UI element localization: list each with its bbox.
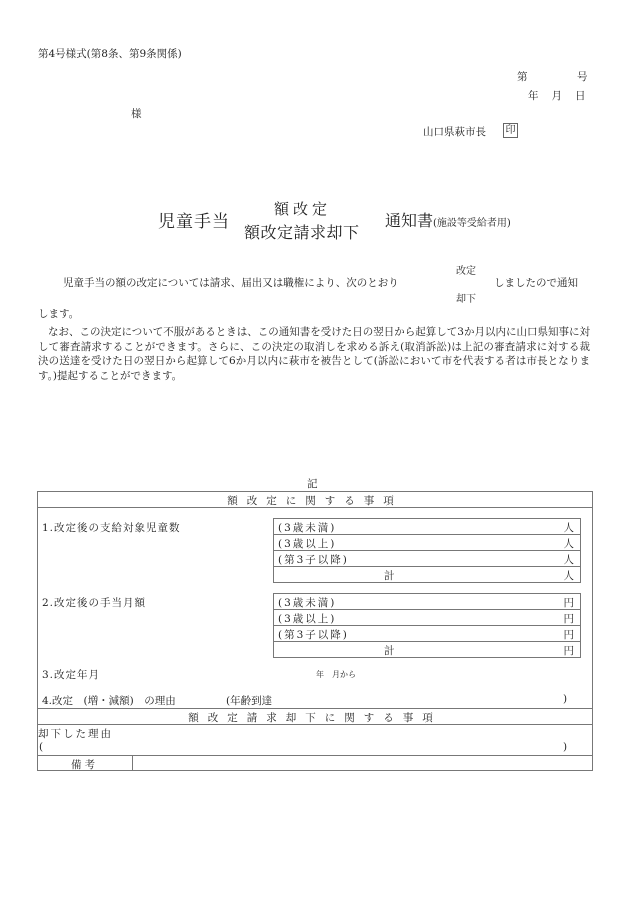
title-option-amount-revision: 額改定 (274, 198, 331, 219)
children-count-row: (3歳以上) 人 (274, 535, 580, 551)
paragraph-1-option-revise: 改定 (456, 262, 476, 277)
allowance-row: (第3子以降) 円 (274, 626, 580, 642)
monthly-allowance-table: (3歳未満) 円 (3歳以上) 円 (第3子以降) 円 計 円 (273, 593, 581, 658)
category-label: (3歳未満) (278, 595, 336, 610)
paragraph-1-option-reject: 却下 (456, 290, 476, 305)
divider (37, 507, 593, 508)
total-label: 計 (384, 568, 397, 583)
unit-label: 円 (564, 611, 575, 626)
paragraph-2-appeal-notice: なお、この決定について不服があるときは、この通知書を受けた日の翌日から起算して3… (38, 325, 590, 383)
reject-reason-label: 却下した理由 (38, 726, 113, 741)
unit-label: 人 (564, 520, 575, 535)
title-notice: 通知書(施設等受給者用) (385, 208, 511, 231)
date-year-label: 年 (528, 88, 539, 103)
unit-label: 人 (564, 536, 575, 551)
paragraph-1-tail: しましたので通知 (494, 275, 578, 290)
section-amount-revision-title: 額改定に関する事項 (38, 493, 592, 508)
children-count-table: (3歳未満) 人 (3歳以上) 人 (第3子以降) 人 計 人 (273, 518, 581, 583)
issue-number-suffix: 号 (577, 69, 588, 84)
category-label: (3歳未満) (278, 520, 336, 535)
unit-label: 円 (564, 643, 575, 658)
allowance-row: (3歳以上) 円 (274, 610, 580, 626)
allowance-row: (3歳未満) 円 (274, 594, 580, 610)
section-rejection-title: 額改定請求却下に関する事項 (38, 710, 592, 725)
item3-label: 3.改定年月 (42, 667, 100, 682)
allowance-total-row: 計 円 (274, 642, 580, 658)
category-label: (第3子以降) (278, 627, 349, 642)
date-month-label: 月 (552, 88, 563, 103)
issuer-name: 山口県萩市長 (423, 124, 486, 139)
seal-icon: 印 (503, 123, 518, 138)
title-prefix: 児童手当 (158, 207, 230, 232)
form-number: 第4号様式(第8条、第9条関係) (38, 46, 182, 61)
unit-label: 人 (564, 552, 575, 567)
divider (37, 755, 593, 756)
reject-reason-open: ( (39, 741, 43, 753)
total-label: 計 (384, 643, 397, 658)
category-label: (3歳以上) (278, 611, 336, 626)
title-subtitle: (施設等受給者用) (433, 218, 511, 229)
item4-label: 4.改定 (増・減額) の理由 (42, 693, 176, 708)
children-count-total-row: 計 人 (274, 567, 580, 583)
addressee-honorific: 様 (131, 106, 142, 121)
unit-label: 円 (564, 627, 575, 642)
issue-number-prefix: 第 (517, 69, 528, 84)
date-day-label: 日 (575, 88, 586, 103)
unit-label: 人 (564, 568, 575, 583)
item2-label: 2.改定後の手当月額 (42, 595, 146, 610)
record-heading: 記 (307, 476, 318, 491)
paragraph-1-end: します。 (38, 306, 79, 321)
title-option-request-rejection: 額改定請求却下 (244, 220, 360, 243)
revision-date-value: 年 月から (316, 669, 356, 680)
revision-reason-close: ) (563, 693, 567, 705)
revision-reason-open: (年齢到達 (226, 693, 272, 708)
title-notice-text: 通知書 (385, 211, 433, 230)
item1-label: 1.改定後の支給対象児童数 (42, 520, 181, 535)
category-label: (3歳以上) (278, 536, 336, 551)
paragraph-1-main: 児童手当の額の改定については請求、届出又は職権により、次のとおり (63, 275, 399, 290)
children-count-row: (3歳未満) 人 (274, 519, 580, 535)
reject-reason-close: ) (563, 741, 567, 753)
category-label: (第3子以降) (278, 552, 349, 567)
divider (132, 755, 133, 771)
unit-label: 円 (564, 595, 575, 610)
divider (37, 708, 593, 709)
remarks-label: 備考 (71, 757, 98, 772)
children-count-row: (第3子以降) 人 (274, 551, 580, 567)
issue-date: 年月日 (528, 88, 586, 103)
divider (37, 724, 593, 725)
